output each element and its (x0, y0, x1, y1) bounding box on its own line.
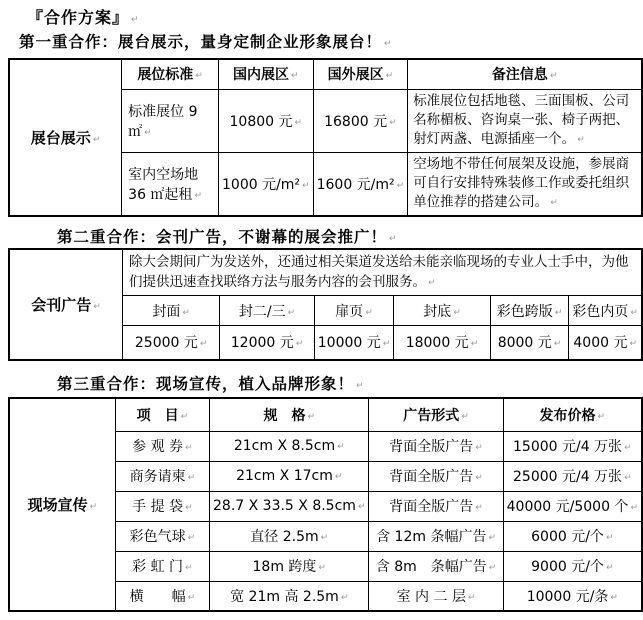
onsite-ad-form: 背面全版广告 (369, 491, 503, 521)
onsite-price: 40000 元/5000 个 (503, 491, 642, 521)
onsite-spec: 宽 21m 高 2.5m (210, 581, 369, 611)
booth-rawspace-note: 空场地不带任何展架及设施，参展商可自行安排特殊装修工作或委托组织单位推荐的搭建公… (408, 152, 642, 216)
journal-price-title-page: 10000 元 (314, 326, 394, 360)
onsite-header-ad-form: 广告形式 (369, 398, 503, 431)
booth-rawspace-domestic-price: 1000 元/m² (219, 152, 314, 216)
journal-price-color-inner: 4000 元 (569, 326, 642, 360)
booth-standard-name: 标准展位 9 ㎡ (122, 89, 219, 152)
journal-position-front-cover: 封面 (123, 296, 220, 326)
onsite-promo-table: 现场宣传 项 目 规 格 广告形式 发布价格 参 观 券 21cm X 8.5c… (8, 397, 643, 612)
onsite-header-item: 项 目 (115, 398, 209, 431)
onsite-spec: 直径 2.5m (210, 521, 369, 551)
page-title: 『合作方案』 (27, 5, 140, 28)
onsite-item: 彩 虹 门 (115, 551, 209, 581)
booth-standard-domestic-price: 10800 元 (219, 89, 314, 152)
journal-position-inside-covers: 封二/三 (220, 296, 314, 326)
section2-heading: 第二重合作：会刊广告，不谢幕的展会推广！ (57, 225, 398, 247)
journal-price-color-spread: 8000 元 (490, 326, 569, 360)
booth-header-overseas: 国外展区 (313, 59, 408, 89)
onsite-ad-form: 室 内 二 层 (369, 581, 503, 611)
journal-price-back-cover: 18000 元 (394, 326, 490, 360)
onsite-table-header-row: 现场宣传 项 目 规 格 广告形式 发布价格 (9, 398, 642, 431)
onsite-item: 商务请柬 (115, 461, 209, 491)
journal-ad-table: 会刊广告 除大会期间广为发送外，还通过相关渠道发送给未能亲临现场的专业人士手中，… (8, 248, 643, 361)
journal-price-inside-covers: 12000 元 (220, 326, 314, 360)
onsite-header-spec: 规 格 (210, 398, 369, 431)
journal-price-front-cover: 25000 元 (123, 326, 220, 360)
booth-standard-note: 标准展位包括地毯、三面围板、公司名称楣板、咨询桌一张、椅子两把、射灯两盏、电源插… (408, 89, 642, 152)
booth-rawspace-name: 室内空场地 36 ㎡起租 (122, 152, 219, 216)
booth-rawspace-overseas-price: 1600 元/m² (313, 152, 408, 216)
onsite-price: 10000 元/条 (503, 581, 642, 611)
onsite-spec: 21cm X 17cm (210, 461, 369, 491)
journal-position-color-inner: 彩色内页 (569, 296, 642, 326)
onsite-item: 手 提 袋 (115, 491, 209, 521)
booth-header-domestic: 国内展区 (219, 59, 314, 89)
onsite-ad-form: 背面全版广告 (369, 461, 503, 491)
document-page: { "colors": { "text": "#000000", "table_… (0, 0, 643, 620)
section3-heading: 第三重合作：现场宣传，植入品牌形象！ (57, 372, 365, 394)
onsite-header-price: 发布价格 (503, 398, 642, 431)
journal-position-color-spread: 彩色跨版 (490, 296, 569, 326)
onsite-spec: 21cm X 8.5cm (210, 431, 369, 461)
journal-description-row: 会刊广告 除大会期间广为发送外，还通过相关渠道发送给未能亲临现场的专业人士手中，… (9, 249, 642, 296)
section1-heading: 第一重合作：展台展示，量身定制企业形象展台！ (19, 30, 393, 52)
onsite-price: 25000 元/4 万张 (503, 461, 642, 491)
journal-position-title-page: 扉页 (314, 296, 394, 326)
booth-standard-overseas-price: 16800 元 (313, 89, 408, 152)
onsite-spec: 28.7 X 33.5 X 8.5cm (210, 491, 369, 521)
onsite-ad-form: 含 12m 条幅广告 (369, 521, 503, 551)
onsite-item: 彩色气球 (115, 521, 209, 551)
onsite-ad-form: 含 8m 条幅广告 (369, 551, 503, 581)
onsite-price: 9000 元/个 (503, 551, 642, 581)
booth-header-standard: 展位标准 (122, 59, 219, 89)
booth-table-header-row: 展台展示 展位标准 国内展区 国外展区 备注信息 (9, 59, 642, 89)
onsite-table-row-label: 现场宣传 (9, 398, 115, 611)
onsite-price: 15000 元/4 万张 (503, 431, 642, 461)
booth-header-notes: 备注信息 (408, 59, 642, 89)
onsite-ad-form: 背面全版广告 (369, 431, 503, 461)
journal-position-back-cover: 封底 (394, 296, 490, 326)
onsite-spec: 18m 跨度 (210, 551, 369, 581)
onsite-price: 6000 元/个 (503, 521, 642, 551)
journal-table-row-label: 会刊广告 (9, 249, 123, 360)
onsite-item: 横 幅 (115, 581, 209, 611)
journal-description: 除大会期间广为发送外，还通过相关渠道发送给未能亲临现场的专业人士手中，为他们提供… (123, 249, 642, 296)
booth-table-row-label: 展台展示 (9, 59, 122, 216)
booth-table: 展台展示 展位标准 国内展区 国外展区 备注信息 标准展位 9 ㎡ 10800 … (8, 58, 643, 217)
onsite-item: 参 观 券 (115, 431, 209, 461)
